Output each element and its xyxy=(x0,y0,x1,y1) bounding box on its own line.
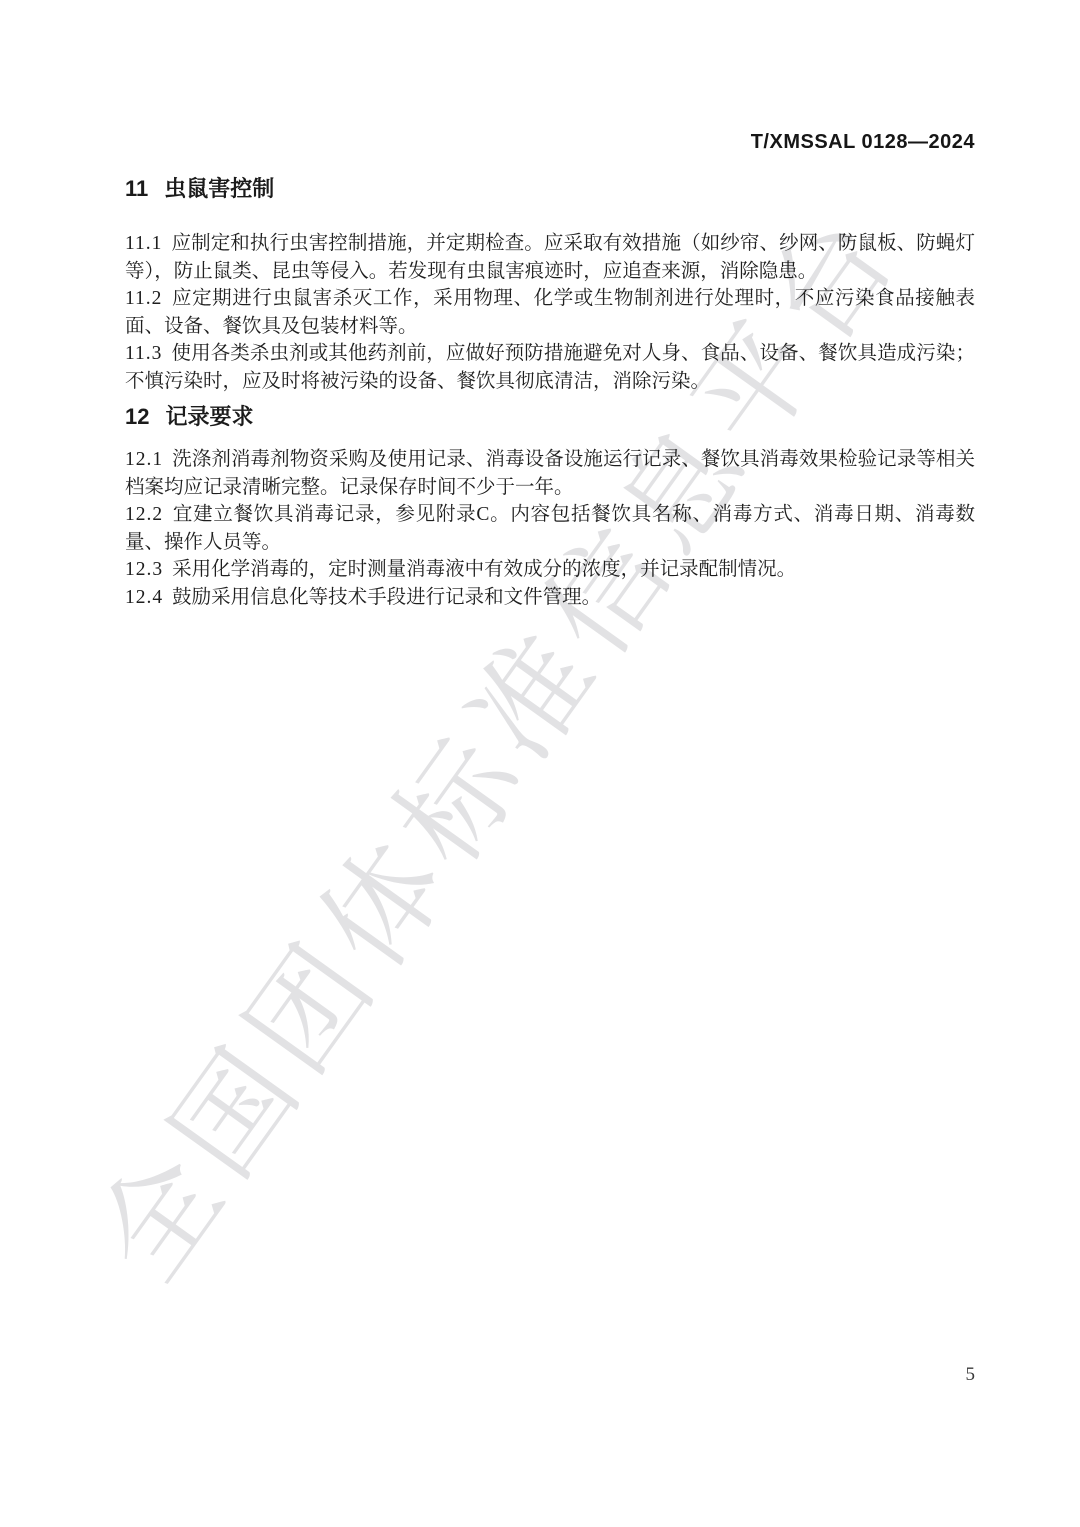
page-number: 5 xyxy=(125,1363,975,1387)
clause-11-3-text: 使用各类杀虫剂或其他药剂前，应做好预防措施避免对人身、食品、设备、餐饮具造成污染… xyxy=(125,343,975,392)
clause-11-1: 11.1应制定和执行虫害控制措施，并定期检查。应采取有效措施（如纱帘、纱网、防鼠… xyxy=(125,230,975,285)
section-11-clauses: 11.1应制定和执行虫害控制措施，并定期检查。应采取有效措施（如纱帘、纱网、防鼠… xyxy=(125,230,975,395)
clause-11-1-text: 应制定和执行虫害控制措施，并定期检查。应采取有效措施（如纱帘、纱网、防鼠板、防蝇… xyxy=(125,233,975,282)
section-11-heading: 11虫鼠害控制 xyxy=(125,175,975,202)
clause-12-1-number: 12.1 xyxy=(125,446,163,474)
clause-12-4-text: 鼓励采用信息化等技术手段进行记录和文件管理。 xyxy=(172,587,601,608)
clause-12-2-number: 12.2 xyxy=(125,501,163,529)
clause-12-1: 12.1洗涤剂消毒剂物资采购及使用记录、消毒设备设施运行记录、餐饮具消毒效果检验… xyxy=(125,446,975,501)
standard-code-header: T/XMSSAL 0128—2024 xyxy=(125,131,975,153)
clause-11-2-number: 11.2 xyxy=(125,285,162,313)
clause-12-1-text: 洗涤剂消毒剂物资采购及使用记录、消毒设备设施运行记录、餐饮具消毒效果检验记录等相… xyxy=(125,449,975,498)
section-12-number: 12 xyxy=(125,403,149,430)
section-12-title: 记录要求 xyxy=(165,404,253,429)
clause-12-4: 12.4鼓励采用信息化等技术手段进行记录和文件管理。 xyxy=(125,584,975,612)
clause-11-1-number: 11.1 xyxy=(125,230,162,258)
clause-11-3: 11.3使用各类杀虫剂或其他药剂前，应做好预防措施避免对人身、食品、设备、餐饮具… xyxy=(125,340,975,395)
clause-11-2: 11.2应定期进行虫鼠害杀灭工作，采用物理、化学或生物制剂进行处理时，不应污染食… xyxy=(125,285,975,340)
clause-12-3-text: 采用化学消毒的，定时测量消毒液中有效成分的浓度，并记录配制情况。 xyxy=(172,559,796,580)
section-12-heading: 12记录要求 xyxy=(125,403,975,430)
clause-12-4-number: 12.4 xyxy=(125,584,163,612)
clause-11-3-number: 11.3 xyxy=(125,340,162,368)
clause-11-2-text: 应定期进行虫鼠害杀灭工作，采用物理、化学或生物制剂进行处理时，不应污染食品接触表… xyxy=(125,288,975,337)
clause-12-3-number: 12.3 xyxy=(125,556,163,584)
section-12-clauses: 12.1洗涤剂消毒剂物资采购及使用记录、消毒设备设施运行记录、餐饮具消毒效果检验… xyxy=(125,446,975,611)
clause-12-3: 12.3采用化学消毒的，定时测量消毒液中有效成分的浓度，并记录配制情况。 xyxy=(125,556,975,584)
clause-12-2: 12.2宜建立餐饮具消毒记录，参见附录C。内容包括餐饮具名称、消毒方式、消毒日期… xyxy=(125,501,975,556)
section-11-title: 虫鼠害控制 xyxy=(164,176,274,201)
document-page: 全国团体标准信息平台 T/XMSSAL 0128—2024 11虫鼠害控制 11… xyxy=(0,0,1080,1527)
section-11-number: 11 xyxy=(125,175,148,202)
page-content: T/XMSSAL 0128—2024 11虫鼠害控制 11.1应制定和执行虫害控… xyxy=(125,0,975,611)
clause-12-2-text: 宜建立餐饮具消毒记录，参见附录C。内容包括餐饮具名称、消毒方式、消毒日期、消毒数… xyxy=(125,504,975,553)
